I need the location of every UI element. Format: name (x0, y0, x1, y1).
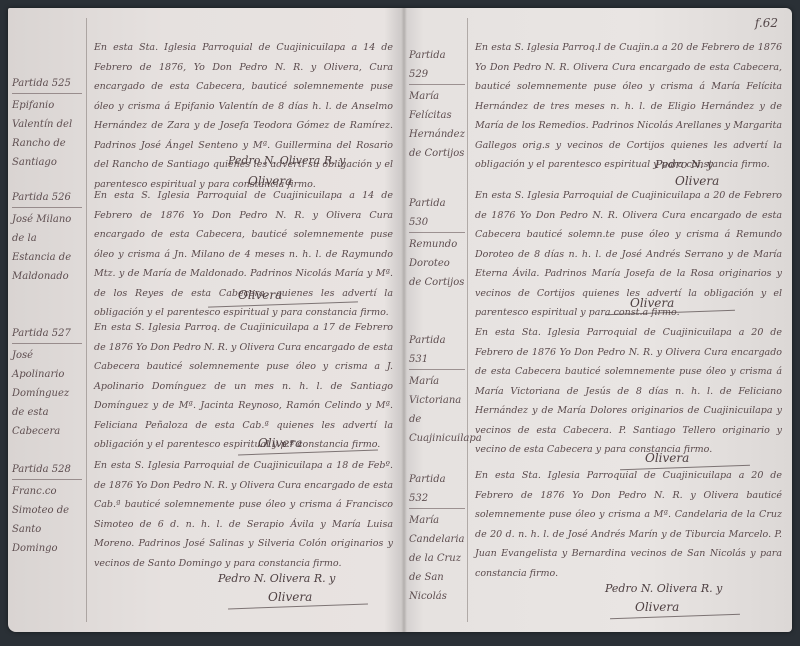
signature: Olivera (635, 600, 679, 614)
signature: Olivera (268, 590, 312, 604)
baptized-name: Remundo Doroteo de Cortijos (409, 239, 464, 288)
marginal-note: Partida 531 María Victoriana de Cuajinic… (409, 331, 465, 448)
entry-text: En esta Sta. Iglesia Parroquial de Cuaji… (475, 466, 782, 583)
marginal-note: Partida 529 María Felícitas Hernández de… (409, 46, 465, 163)
signature-line: Pedro N. Olivera R. y (228, 154, 345, 167)
entry-text: En esta S. Iglesia Parroq.l de Cuajin.a … (475, 38, 782, 175)
signature-line: Pedro N. Olivera R. y (218, 572, 335, 585)
marginal-note: Partida 530 Remundo Doroteo de Cortijos (409, 194, 465, 292)
right-page: f.62 Partida 529 María Felícitas Hernánd… (405, 8, 792, 632)
folio-number: f.62 (755, 16, 778, 30)
entry-text: En esta S. Iglesia Parroq. de Cuajinicui… (94, 318, 393, 455)
entry-text: En esta S. Iglesia Parroquial de Cuajini… (94, 456, 393, 573)
baptized-name: María Candelaria de la Cruz de San Nicol… (409, 515, 464, 602)
margin-rule (467, 18, 468, 622)
signature: Olivera (258, 436, 302, 450)
partida-number: Partida 528 (12, 460, 82, 480)
margin-rule (86, 18, 87, 622)
marginal-note: Partida 528 Franc.co Simoteo de Santo Do… (12, 460, 82, 558)
partida-number: Partida 530 (409, 194, 465, 233)
entry-text: En esta Sta. Iglesia Parroquial de Cuaji… (94, 38, 393, 194)
left-page: Partida 525 Epifanio Valentín del Rancho… (8, 8, 403, 632)
register-spread: Partida 525 Epifanio Valentín del Rancho… (8, 8, 792, 632)
signature-flourish (610, 614, 740, 620)
partida-number: Partida 527 (12, 324, 82, 344)
baptized-name: María Victoriana de Cuajinicuilapa (409, 376, 482, 444)
signature-flourish (228, 604, 368, 610)
signature: Olivera (238, 288, 282, 302)
marginal-note: Partida 532 María Candelaria de la Cruz … (409, 470, 465, 606)
entry-text: En esta Sta. Iglesia Parroquial de Cuaji… (475, 323, 782, 460)
signature-line: Pedro N. y (655, 158, 713, 171)
marginal-note: Partida 527 José Apolinario Domínguez de… (12, 324, 82, 441)
signature-line: Pedro N. Olivera R. y (605, 582, 722, 595)
signature: Olivera (630, 296, 674, 310)
baptized-name: María Felícitas Hernández de Cortijos (409, 91, 465, 159)
partida-number: Partida 532 (409, 470, 465, 509)
partida-number: Partida 529 (409, 46, 465, 85)
baptized-name: Franc.co Simoteo de Santo Domingo (12, 486, 69, 554)
partida-number: Partida 525 (12, 74, 82, 94)
marginal-note: Partida 526 José Milano de la Estancia d… (12, 188, 82, 286)
baptized-name: José Milano de la Estancia de Maldonado (12, 214, 71, 282)
baptized-name: José Apolinario Domínguez de esta Cabece… (12, 350, 69, 437)
signature: Olivera (645, 451, 689, 465)
marginal-note: Partida 525 Epifanio Valentín del Rancho… (12, 74, 82, 172)
partida-number: Partida 531 (409, 331, 465, 370)
partida-number: Partida 526 (12, 188, 82, 208)
baptized-name: Epifanio Valentín del Rancho de Santiago (12, 100, 72, 168)
entry-text: En esta S. Iglesia Parroquial de Cuajini… (475, 186, 782, 323)
